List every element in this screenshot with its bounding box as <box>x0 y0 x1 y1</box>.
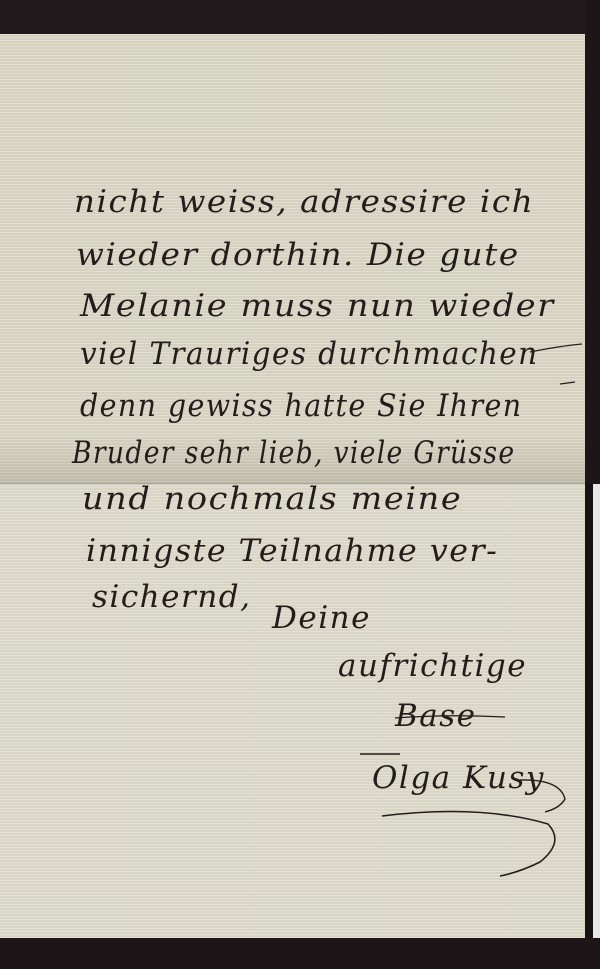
mourning-border-right <box>586 0 600 484</box>
scan-background-edge <box>593 484 600 940</box>
mourning-border-top <box>0 0 600 34</box>
signature-flourish-icon <box>0 34 585 938</box>
mourning-border-right-lower <box>585 484 593 940</box>
mourning-border-bottom <box>0 938 600 969</box>
letter-paper: nicht weiss, adressire ich wieder dorthi… <box>0 34 585 938</box>
